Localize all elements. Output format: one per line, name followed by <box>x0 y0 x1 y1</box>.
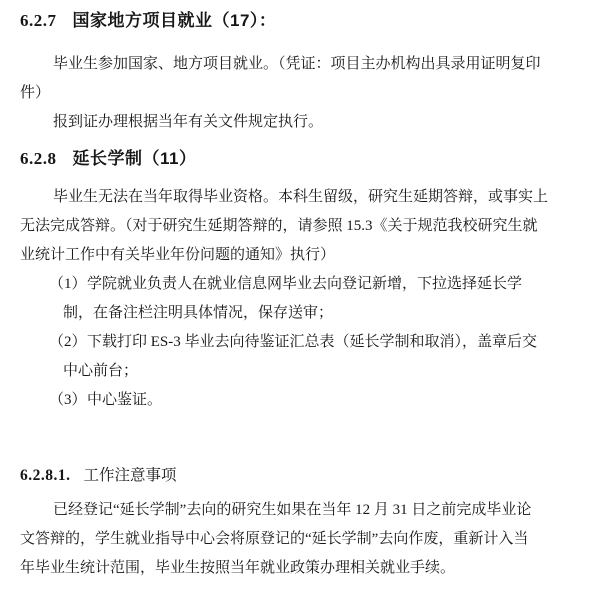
section-heading-6-2-8-1: 6.2.8.1.工作注意事项 <box>20 464 582 488</box>
paragraph-line: 年毕业生统计范围，毕业生按照当年就业政策办理相关就业手续。 <box>20 554 582 583</box>
heading-number: 6.2.7 <box>20 11 57 30</box>
section-heading-6-2-8: 6.2.8延长学制（11） <box>20 146 582 172</box>
list-item-line: 中心前台； <box>20 357 582 386</box>
list-item-line: 制，在备注栏注明具体情况，保存送审； <box>20 299 582 328</box>
list-item: （3）中心鉴证。 <box>20 386 582 415</box>
heading-title: 国家地方项目就业（17）： <box>73 11 277 30</box>
list-item: （2）下载打印 ES-3 毕业去向待鉴证汇总表（延长学制和取消），盖章后交 中心… <box>20 328 582 386</box>
paragraph-line: 毕业生参加国家、地方项目就业。（凭证：项目主办机构出具录用证明复印 <box>20 50 582 79</box>
paragraph-line: 无法完成答辩。（对于研究生延期答辩的，请参照 15.3《关于规范我校研究生就 <box>20 212 582 241</box>
paragraph-line: 已经登记“延长学制”去向的研究生如果在当年 12 月 31 日之前完成毕业论 <box>20 496 582 525</box>
list-item-line: 下载打印 ES-3 毕业去向待鉴证汇总表（延长学制和取消），盖章后交 <box>87 334 537 350</box>
paragraph-line: 报到证办理根据当年有关文件规定执行。 <box>20 108 582 137</box>
section-heading-6-2-7: 6.2.7国家地方项目就业（17）： <box>20 8 582 34</box>
heading-number: 6.2.8 <box>20 149 57 168</box>
paragraph-line: 业统计工作中有关毕业年份问题的通知》执行） <box>20 241 582 270</box>
paragraph: 已经登记“延长学制”去向的研究生如果在当年 12 月 31 日之前完成毕业论 文… <box>20 496 582 583</box>
list-item: （1）学院就业负责人在就业信息网毕业去向登记新增，下拉选择延长学 制，在备注栏注… <box>20 270 582 328</box>
paragraph-line: 毕业生无法在当年取得毕业资格。本科生留级，研究生延期答辩，或事实上 <box>20 183 582 212</box>
list-item-marker: （3） <box>49 386 87 415</box>
paragraph: 报到证办理根据当年有关文件规定执行。 <box>20 108 582 137</box>
paragraph: 毕业生无法在当年取得毕业资格。本科生留级，研究生延期答辩，或事实上 无法完成答辩… <box>20 183 582 270</box>
paragraph-line: 文答辩的，学生就业指导中心会将原登记的“延长学制”去向作废，重新计入当 <box>20 525 582 554</box>
list-item-marker: （1） <box>49 270 87 299</box>
document-page: 6.2.7国家地方项目就业（17）： 毕业生参加国家、地方项目就业。（凭证：项目… <box>0 0 592 590</box>
list-item-marker: （2） <box>49 328 87 357</box>
heading-title: 工作注意事项 <box>84 467 177 484</box>
list-item-line: 中心鉴证。 <box>87 392 162 408</box>
paragraph: 毕业生参加国家、地方项目就业。（凭证：项目主办机构出具录用证明复印 件） <box>20 50 582 108</box>
paragraph-line: 件） <box>20 79 582 108</box>
list-item-line: 学院就业负责人在就业信息网毕业去向登记新增，下拉选择延长学 <box>87 276 522 292</box>
heading-title: 延长学制（11） <box>73 149 197 168</box>
heading-number: 6.2.8.1. <box>20 467 71 484</box>
